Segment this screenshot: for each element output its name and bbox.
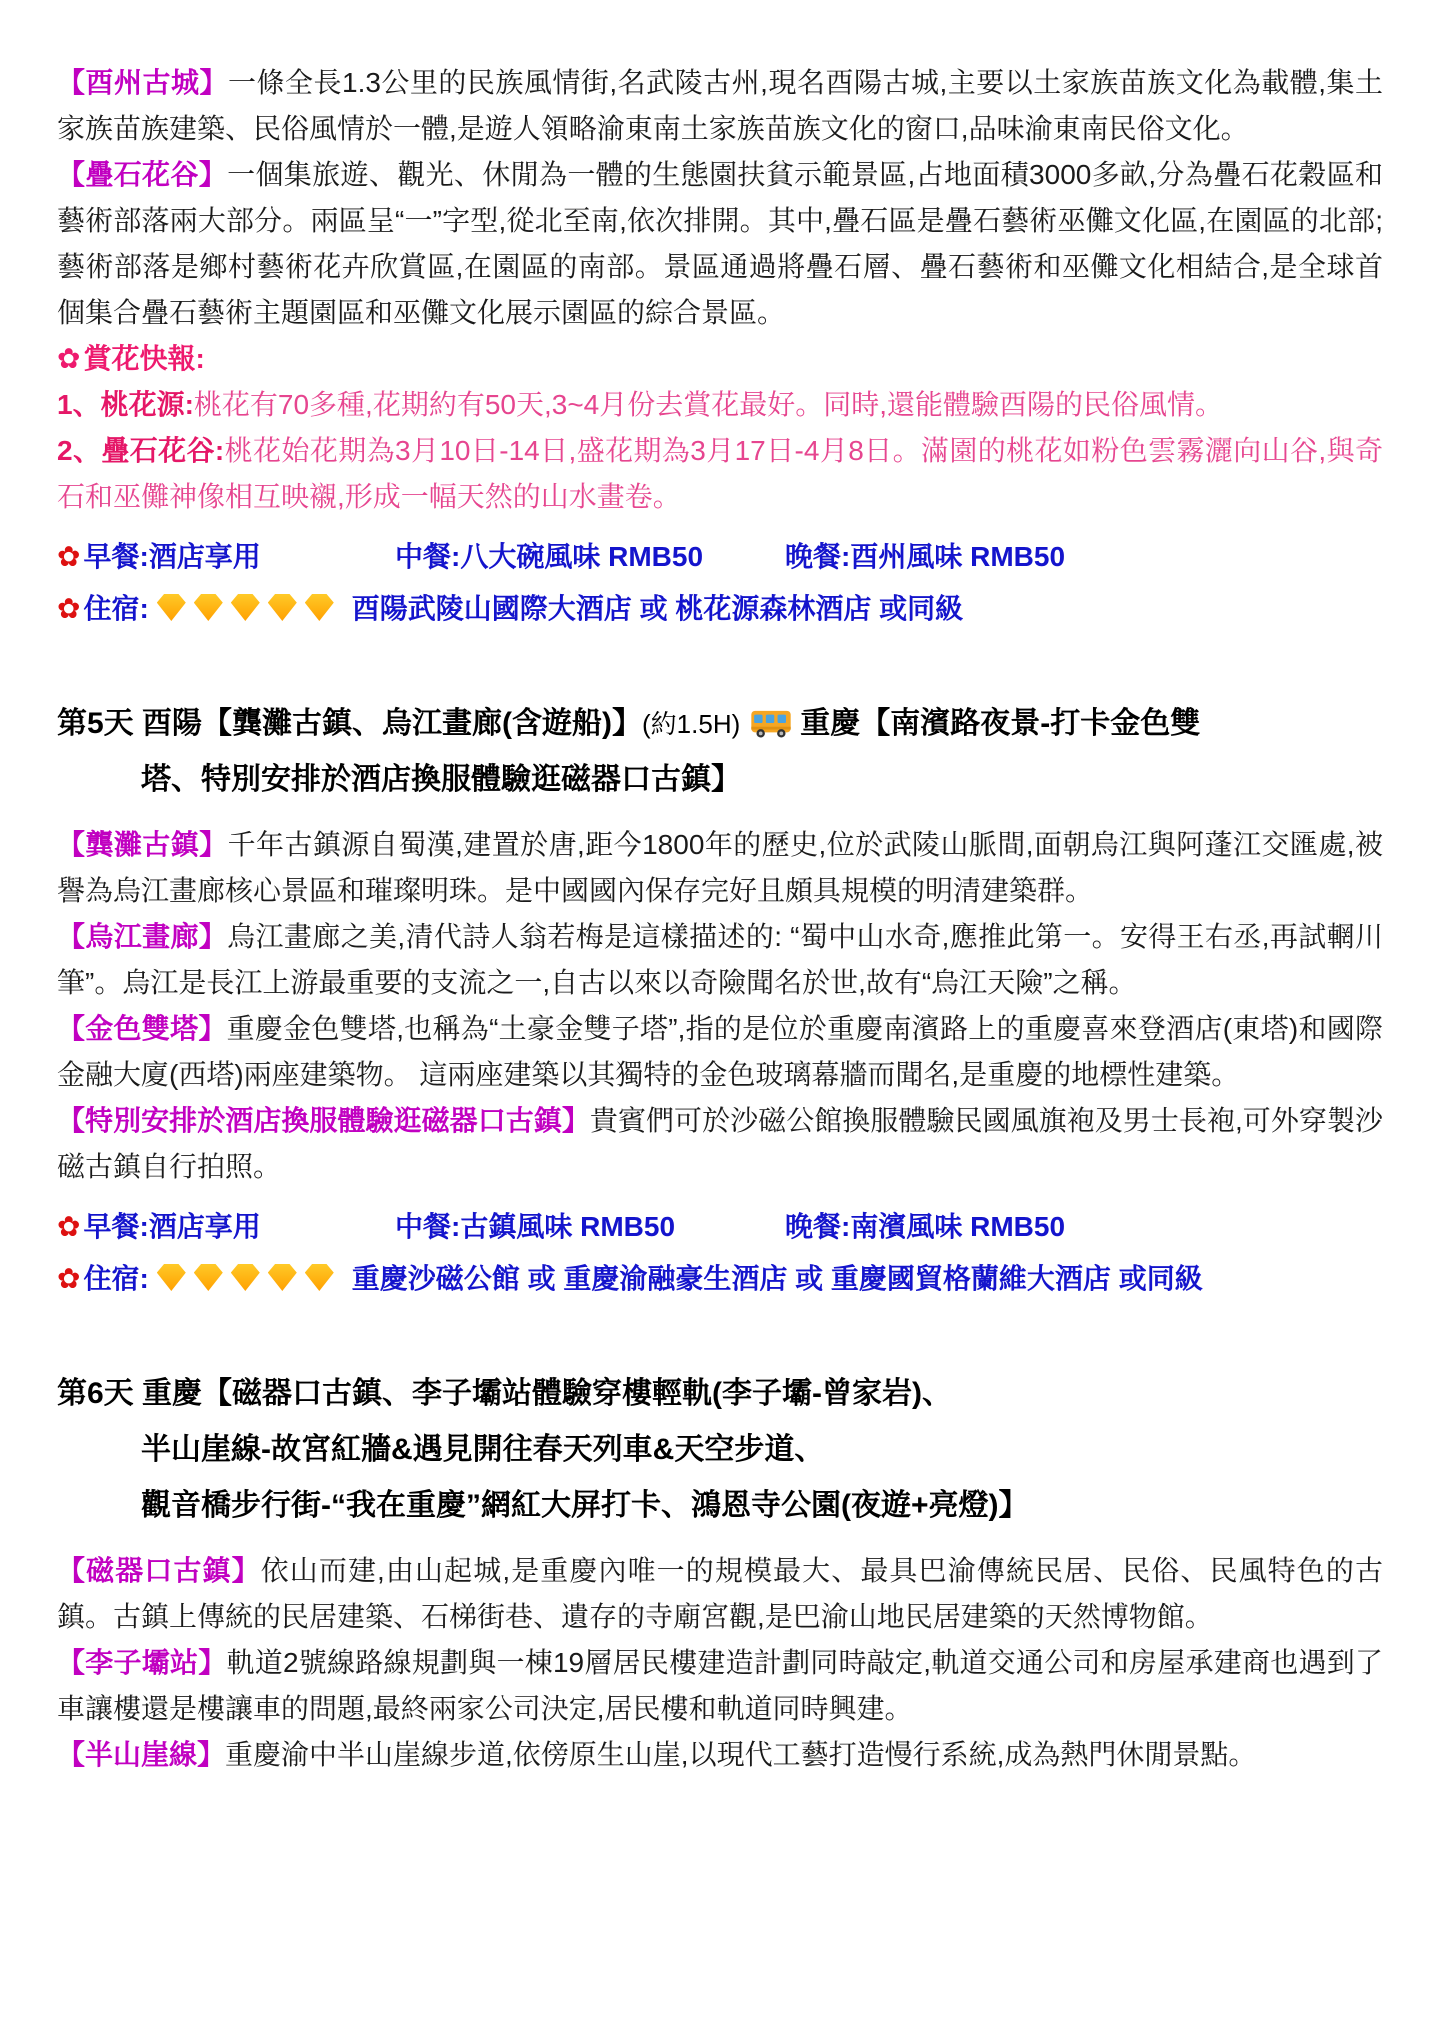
day6-title-line2: 半山崖線-故宮紅牆&遇見開往春天列車&天空步道、 (57, 1422, 1383, 1478)
diamond-icon (305, 1264, 334, 1291)
spot-name-youzhou: 【酉州古城】 (57, 67, 228, 98)
diamond-icon (157, 1264, 186, 1291)
day5-dinner: 晚餐:南濱風味 RMB50 (785, 1211, 1065, 1242)
hotel-rating-diamonds (157, 1264, 334, 1291)
spot-name-banshan: 【半山崖線】 (57, 1739, 225, 1770)
day4-breakfast: ✿早餐:酒店享用 (57, 534, 395, 580)
day5-title-part2: 重慶【南濱路夜景-打卡金色雙 (800, 707, 1200, 740)
flower-news-item-1-desc: 桃花有70多種,花期約有50天,3~4月份去賞花最好。同時,還能體驗酉陽的民俗風… (194, 389, 1223, 420)
diamond-icon (231, 594, 260, 621)
spot-desc-dieshi: 一個集旅遊、觀光、休閒為一體的生態園扶貧示範景區,占地面積3000多畝,分為疊石… (57, 159, 1383, 328)
spot-desc-golden-towers: 重慶金色雙塔,也稱為“土豪金雙子塔”,指的是位於重慶南濱路上的重慶喜來登酒店(東… (57, 1013, 1383, 1090)
day5-breakfast-label: 早餐:酒店享用 (83, 1211, 260, 1242)
spot-name-dieshi: 【疊石花谷】 (57, 159, 227, 190)
itinerary-page: 【酉州古城】一條全長1.3公里的民族風情街,名武陵古州,現名酉陽古城,主要以土家… (0, 0, 1440, 1778)
spot-wujiang-gallery: 【烏江畫廊】烏江畫廊之美,清代詩人翁若梅是這樣描述的: “蜀中山水奇,應推此第一… (57, 914, 1383, 1006)
day4-dinner: 晚餐:酉州風味 RMB50 (785, 541, 1065, 572)
spot-desc-banshan: 重慶渝中半山崖線步道,依傍原生山崖,以現代工藝打造慢行系統,成為熱門休閒景點。 (225, 1739, 1256, 1770)
day5-lunch: 中餐:古鎮風味 RMB50 (395, 1204, 785, 1250)
spot-banshan-cliff-line: 【半山崖線】重慶渝中半山崖線步道,依傍原生山崖,以現代工藝打造慢行系統,成為熱門… (57, 1732, 1383, 1778)
flower-news-heading-label: 賞花快報: (83, 343, 204, 374)
spot-dieshi-flower-valley: 【疊石花谷】一個集旅遊、觀光、休閒為一體的生態園扶貧示範景區,占地面積3000多… (57, 152, 1383, 336)
day5-breakfast: ✿早餐:酒店享用 (57, 1204, 395, 1250)
day6-title: 第6天 重慶【磁器口古鎮、李子壩站體驗穿樓輕軌(李子壩-曾家岩)、 半山崖線-故… (57, 1366, 1383, 1534)
day4-meals: ✿早餐:酒店享用中餐:八大碗風味 RMB50晚餐:酉州風味 RMB50 (57, 534, 1383, 580)
spot-desc-liziba: 軌道2號線路線規劃與一棟19層居民樓建造計劃同時敲定,軌道交通公司和房屋承建商也… (57, 1647, 1383, 1724)
day6-title-part1: 重慶【磁器口古鎮、李子壩站體驗穿樓輕軌(李子壩-曾家岩)、 (142, 1377, 952, 1410)
flower-news-item-2: 2、疊石花谷:桃花始花期為3月10日-14日,盛花期為3月17日-4月8日。滿園… (57, 428, 1383, 520)
flower-news-item-1: 1、桃花源:桃花有70多種,花期約有50天,3~4月份去賞花最好。同時,還能體驗… (57, 382, 1383, 428)
day6-title-line1: 第6天 重慶【磁器口古鎮、李子壩站體驗穿樓輕軌(李子壩-曾家岩)、 (57, 1366, 1383, 1422)
day6-day-label: 第6天 (57, 1377, 134, 1410)
diamond-icon (194, 594, 223, 621)
day5-title-part1: 酉陽【龔灘古鎮、烏江畫廊(含遊船)】 (142, 707, 642, 740)
bus-icon (750, 708, 792, 738)
flower-icon: ✿ (57, 541, 80, 572)
spot-liziba-station: 【李子壩站】軌道2號線路線規劃與一棟19層居民樓建造計劃同時敲定,軌道交通公司和… (57, 1640, 1383, 1732)
day5-meals: ✿早餐:酒店享用中餐:古鎮風味 RMB50晚餐:南濱風味 RMB50 (57, 1204, 1383, 1250)
spot-golden-twin-towers: 【金色雙塔】重慶金色雙塔,也稱為“土豪金雙子塔”,指的是位於重慶南濱路上的重慶喜… (57, 1006, 1383, 1098)
spot-name-wujiang: 【烏江畫廊】 (57, 921, 227, 952)
hotel-rating-diamonds (157, 594, 334, 621)
diamond-icon (157, 594, 186, 621)
spot-gongtan-old-town: 【龔灘古鎮】千年古鎮源自蜀漢,建置於唐,距今1800年的歷史,位於武陵山脈間,面… (57, 822, 1383, 914)
diamond-icon (194, 1264, 223, 1291)
flower-news-heading: ✿賞花快報: (57, 336, 1383, 382)
day5-title-line2: 塔、特別安排於酒店換服體驗逛磁器口古鎮】 (57, 752, 1383, 808)
day4-breakfast-label: 早餐:酒店享用 (83, 541, 260, 572)
day6-title-line3: 觀音橋步行街-“我在重慶”網紅大屏打卡、鴻恩寺公園(夜遊+亮燈)】 (57, 1478, 1383, 1534)
day4-hotel-text: 酉陽武陵山國際大酒店 或 桃花源森林酒店 或同級 (352, 593, 963, 624)
spot-desc-youzhou: 一條全長1.3公里的民族風情街,名武陵古州,現名酉陽古城,主要以土家族苗族文化為… (57, 67, 1383, 144)
day5-duration: (約1.5H) (642, 709, 740, 739)
spot-desc-gongtan: 千年古鎮源自蜀漢,建置於唐,距今1800年的歷史,位於武陵山脈間,面朝烏江與阿蓬… (57, 829, 1383, 906)
spot-name-liziba: 【李子壩站】 (57, 1647, 226, 1678)
diamond-icon (268, 594, 297, 621)
day5-hotel-text: 重慶沙磁公館 或 重慶渝融豪生酒店 或 重慶國貿格蘭維大酒店 或同級 (352, 1263, 1203, 1294)
flower-icon: ✿ (57, 1263, 80, 1294)
flower-news-item-2-desc: 桃花始花期為3月10日-14日,盛花期為3月17日-4月8日。滿園的桃花如粉色雲… (57, 435, 1383, 512)
spot-ciqikou-old-town: 【磁器口古鎮】依山而建,由山起城,是重慶內唯一的規模最大、最具巴渝傳統民居、民俗… (57, 1548, 1383, 1640)
flower-icon: ✿ (57, 1211, 80, 1242)
diamond-icon (231, 1264, 260, 1291)
diamond-icon (305, 594, 334, 621)
diamond-icon (268, 1264, 297, 1291)
flower-icon: ✿ (57, 593, 80, 624)
flower-icon: ✿ (57, 343, 80, 374)
day5-hotel: ✿住宿:重慶沙磁公館 或 重慶渝融豪生酒店 或 重慶國貿格蘭維大酒店 或同級 (57, 1256, 1383, 1302)
day5-title: 第5天 酉陽【龔灘古鎮、烏江畫廊(含遊船)】(約1.5H)重慶【南濱路夜景-打卡… (57, 696, 1383, 808)
spot-desc-wujiang: 烏江畫廊之美,清代詩人翁若梅是這樣描述的: “蜀中山水奇,應推此第一。安得王右丞… (57, 921, 1383, 998)
day4-hotel-label: 住宿: (83, 593, 148, 624)
spot-name-ciqikou: 【磁器口古鎮】 (57, 1555, 261, 1586)
flower-news-item-2-label: 2、疊石花谷: (57, 435, 224, 466)
day4-lunch: 中餐:八大碗風味 RMB50 (395, 534, 785, 580)
day5-hotel-label: 住宿: (83, 1263, 148, 1294)
spot-name-golden-towers: 【金色雙塔】 (57, 1013, 227, 1044)
day4-hotel: ✿住宿:酉陽武陵山國際大酒店 或 桃花源森林酒店 或同級 (57, 586, 1383, 632)
spot-name-gongtan: 【龔灘古鎮】 (57, 829, 228, 860)
day5-title-line1: 第5天 酉陽【龔灘古鎮、烏江畫廊(含遊船)】(約1.5H)重慶【南濱路夜景-打卡… (57, 696, 1383, 752)
flower-news-item-1-label: 1、桃花源: (57, 389, 194, 420)
day5-day-label: 第5天 (57, 707, 134, 740)
spot-costume-experience: 【特別安排於酒店換服體驗逛磁器口古鎮】貴賓們可於沙磁公館換服體驗民國風旗袍及男士… (57, 1098, 1383, 1190)
spot-youzhou-ancient-city: 【酉州古城】一條全長1.3公里的民族風情街,名武陵古州,現名酉陽古城,主要以土家… (57, 60, 1383, 152)
spot-name-costume: 【特別安排於酒店換服體驗逛磁器口古鎮】 (57, 1105, 590, 1136)
